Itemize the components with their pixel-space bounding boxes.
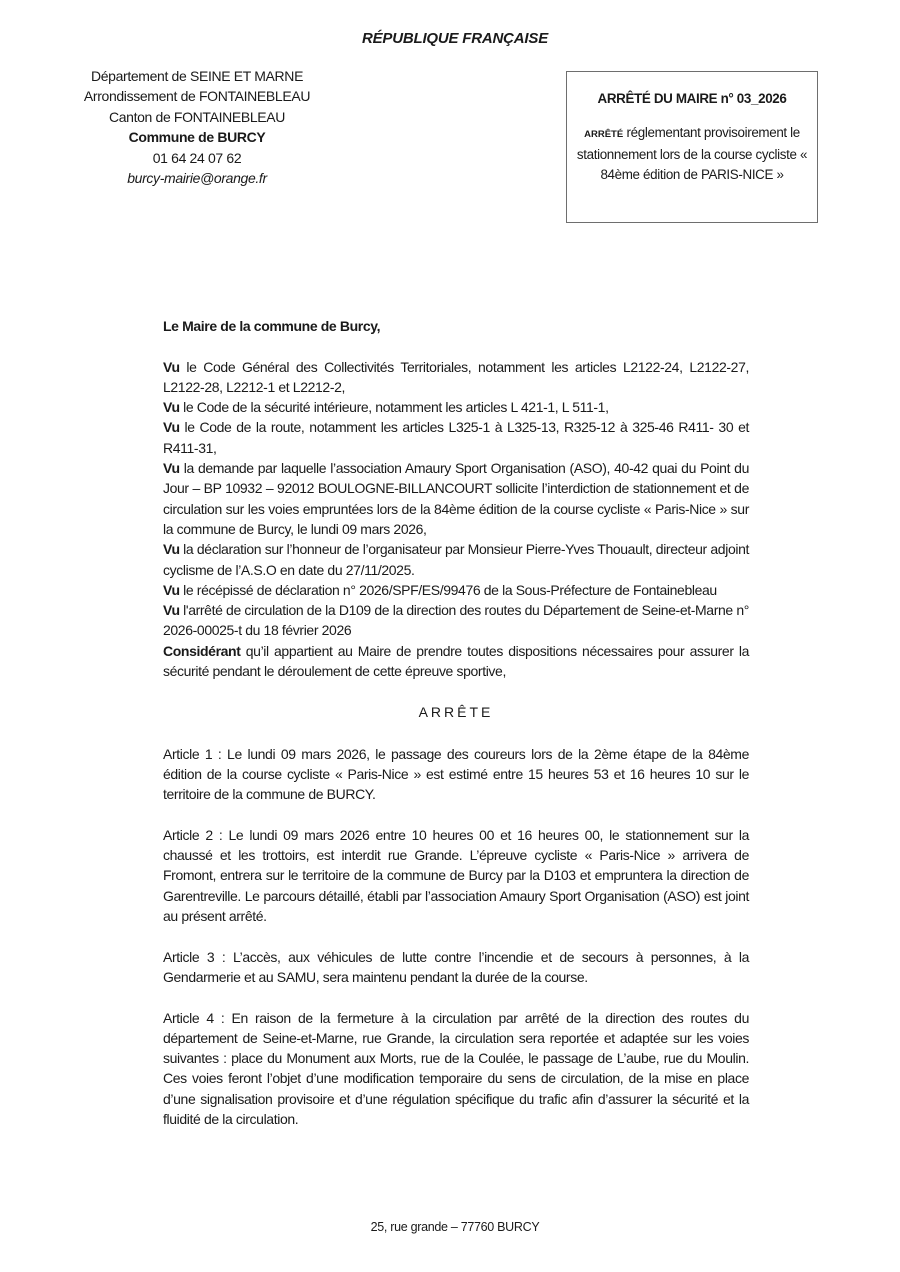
consideration-item: Considérant qu’il appartient au Maire de… [163, 641, 749, 682]
consideration-lead: Considérant [163, 643, 241, 659]
consideration-item: Vu le récépissé de déclaration n° 2026/S… [163, 580, 749, 600]
consideration-text: la déclaration sur l’honneur de l’organi… [163, 541, 749, 577]
consideration-item: Vu la déclaration sur l’honneur de l’org… [163, 539, 749, 580]
consideration-lead: Vu [163, 359, 180, 375]
consideration-item: Vu l'arrêté de circulation de la D109 de… [163, 600, 749, 641]
departement-line: Département de SEINE ET MARNE [66, 66, 328, 86]
consideration-lead: Vu [163, 460, 180, 476]
consideration-text: le Code de la route, notamment les artic… [163, 419, 749, 455]
commune-header-block: Département de SEINE ET MARNE Arrondisse… [66, 66, 328, 188]
consideration-text: le Code Général des Collectivités Territ… [163, 359, 749, 395]
commune-line: Commune de BURCY [66, 127, 328, 147]
arrete-heading: ARRÊTE [163, 702, 749, 722]
arrete-description: ARRÊTÉ réglementant provisoirement le st… [567, 123, 817, 185]
consideration-item: Vu le Code Général des Collectivités Ter… [163, 357, 749, 398]
phone-number: 01 64 24 07 62 [66, 148, 328, 168]
article-4: Article 4 : En raison de la fermeture à … [163, 1008, 749, 1130]
arrete-title-box: ARRÊTÉ DU MAIRE n° 03_2026 ARRÊTÉ réglem… [566, 71, 818, 223]
footer-address: 25, rue grande – 77760 BURCY [0, 1220, 900, 1234]
consideration-item: Vu la demande par laquelle l’association… [163, 458, 749, 539]
consideration-text: la demande par laquelle l’association Am… [163, 460, 749, 537]
consideration-text: l'arrêté de circulation de la D109 de la… [163, 602, 749, 638]
article-3: Article 3 : L’accès, aux véhicules de lu… [163, 947, 749, 988]
arrondissement-line: Arrondissement de FONTAINEBLEAU [66, 86, 328, 106]
consideration-text: le Code de la sécurité intérieure, notam… [180, 399, 609, 415]
document-body: Le Maire de la commune de Burcy, Vu le C… [163, 316, 749, 1150]
consideration-lead: Vu [163, 399, 180, 415]
consideration-item: Vu le Code de la sécurité intérieure, no… [163, 397, 749, 417]
arrete-smallcaps-label: ARRÊTÉ [584, 129, 623, 140]
republique-francaise-heading: RÉPUBLIQUE FRANÇAISE [0, 30, 900, 47]
consideration-lead: Vu [163, 419, 180, 435]
consideration-item: Vu le Code de la route, notamment les ar… [163, 417, 749, 458]
consideration-lead: Vu [163, 541, 180, 557]
consideration-lead: Vu [163, 582, 180, 598]
consideration-text: le récépissé de déclaration n° 2026/SPF/… [180, 582, 717, 598]
mayor-intro: Le Maire de la commune de Burcy, [163, 316, 749, 336]
article-2: Article 2 : Le lundi 09 mars 2026 entre … [163, 825, 749, 926]
arrete-number: ARRÊTÉ DU MAIRE n° 03_2026 [567, 90, 817, 108]
consideration-lead: Vu [163, 602, 180, 618]
article-1: Article 1 : Le lundi 09 mars 2026, le pa… [163, 744, 749, 805]
canton-line: Canton de FONTAINEBLEAU [66, 107, 328, 127]
email-address: burcy-mairie@orange.fr [66, 168, 328, 188]
consideration-text: qu’il appartient au Maire de prendre tou… [163, 643, 749, 679]
